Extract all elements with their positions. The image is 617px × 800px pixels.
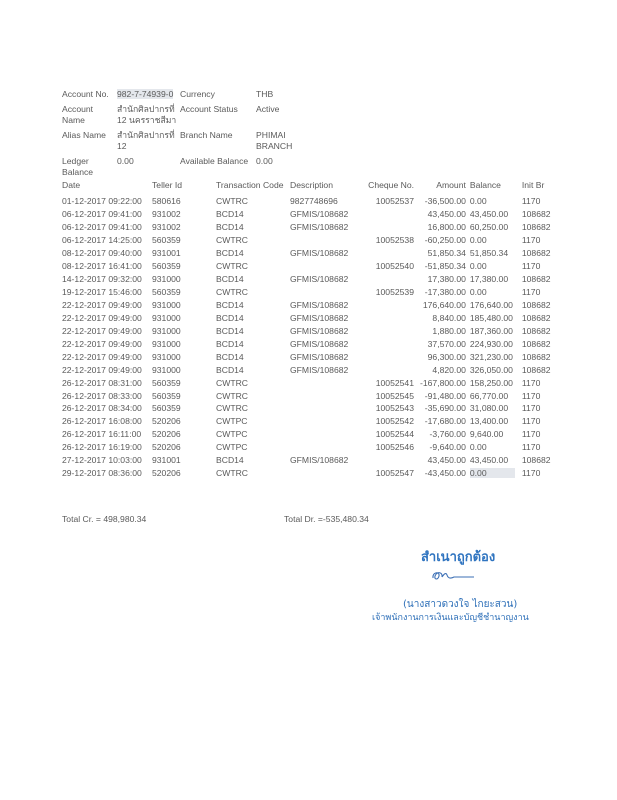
- cell-init-br: 108682: [520, 208, 560, 221]
- cell-teller-id: 931000: [150, 311, 214, 324]
- cell-date: 08-12-2017 09:40:00: [60, 247, 150, 260]
- cell-balance: 60,250.00: [468, 221, 520, 234]
- cell-description: GFMIS/108682: [288, 350, 358, 363]
- cell-cheque-no: [358, 324, 418, 337]
- cell-init-br: 108682: [520, 299, 560, 312]
- cell-transaction-code: BCD14: [214, 363, 288, 376]
- cell-amount: 8,840.00: [418, 311, 468, 324]
- table-row: 22-12-2017 09:49:00931000BCD14GFMIS/1086…: [60, 363, 560, 376]
- table-header-row: Date Teller Id Transaction Code Descript…: [60, 180, 560, 195]
- account-name-value: สำนักศิลปากรที่ 12 นครราชสีมา: [117, 104, 180, 127]
- cell-teller-id: 520206: [150, 428, 214, 441]
- cell-date: 22-12-2017 09:49:00: [60, 337, 150, 350]
- header-teller-id: Teller Id: [150, 180, 214, 195]
- cell-cheque-no: 10052544: [358, 428, 418, 441]
- cell-description: GFMIS/108682: [288, 337, 358, 350]
- cell-balance: 0.00: [468, 467, 520, 480]
- cell-teller-id: 560359: [150, 286, 214, 299]
- cell-teller-id: 931001: [150, 247, 214, 260]
- cell-date: 08-12-2017 16:41:00: [60, 260, 150, 273]
- cell-date: 27-12-2017 10:03:00: [60, 454, 150, 467]
- cell-cheque-no: [358, 350, 418, 363]
- cell-amount: -9,640.00: [418, 441, 468, 454]
- cell-date: 06-12-2017 09:41:00: [60, 221, 150, 234]
- cell-init-br: 108682: [520, 454, 560, 467]
- cell-transaction-code: BCD14: [214, 337, 288, 350]
- cell-description: [288, 467, 358, 480]
- cell-description: GFMIS/108682: [288, 299, 358, 312]
- cell-transaction-code: CWTPC: [214, 415, 288, 428]
- cell-balance: 43,450.00: [468, 208, 520, 221]
- highlighted-balance: 0.00: [470, 468, 515, 478]
- table-row: 22-12-2017 09:49:00931000BCD14GFMIS/1086…: [60, 350, 560, 363]
- cell-date: 26-12-2017 08:33:00: [60, 389, 150, 402]
- cell-teller-id: 931001: [150, 454, 214, 467]
- cell-amount: -167,800.00: [418, 376, 468, 389]
- cell-init-br: 108682: [520, 311, 560, 324]
- cell-amount: -17,680.00: [418, 415, 468, 428]
- cell-date: 19-12-2017 15:46:00: [60, 286, 150, 299]
- cell-transaction-code: BCD14: [214, 208, 288, 221]
- cell-init-br: 1170: [520, 389, 560, 402]
- cell-description: GFMIS/108682: [288, 221, 358, 234]
- info-row-balance: Ledger Balance 0.00 Available Balance 0.…: [62, 156, 306, 179]
- cell-date: 26-12-2017 08:34:00: [60, 402, 150, 415]
- signer-position: เจ้าพนักงานการเงินและบัญชีชำนาญงาน: [372, 610, 529, 624]
- cell-transaction-code: CWTPC: [214, 428, 288, 441]
- header-transaction-code: Transaction Code: [214, 180, 288, 195]
- cell-cheque-no: 10052538: [358, 234, 418, 247]
- branch-name-value: PHIMAI BRANCH: [256, 130, 306, 153]
- cell-balance: 31,080.00: [468, 402, 520, 415]
- cell-transaction-code: CWTRC: [214, 376, 288, 389]
- cell-teller-id: 931002: [150, 221, 214, 234]
- cell-teller-id: 931000: [150, 299, 214, 312]
- cell-cheque-no: [358, 247, 418, 260]
- cell-teller-id: 931002: [150, 208, 214, 221]
- cell-transaction-code: CWTRC: [214, 402, 288, 415]
- cell-init-br: 1170: [520, 286, 560, 299]
- cell-cheque-no: [358, 221, 418, 234]
- cell-init-br: 1170: [520, 467, 560, 480]
- cell-balance: 0.00: [468, 234, 520, 247]
- cell-teller-id: 520206: [150, 441, 214, 454]
- cell-description: [288, 260, 358, 273]
- cell-cheque-no: [358, 299, 418, 312]
- cell-init-br: 1170: [520, 376, 560, 389]
- cell-amount: 17,380.00: [418, 273, 468, 286]
- certified-copy-stamp: สำเนาถูกต้อง: [421, 546, 495, 567]
- cell-description: GFMIS/108682: [288, 324, 358, 337]
- cell-cheque-no: 10052539: [358, 286, 418, 299]
- cell-description: [288, 389, 358, 402]
- cell-amount: -91,480.00: [418, 389, 468, 402]
- available-balance-value: 0.00: [256, 156, 306, 179]
- table-row: 08-12-2017 09:40:00931001BCD14GFMIS/1086…: [60, 247, 560, 260]
- info-row-account-no: Account No. 982-7-74939-0 Currency THB: [62, 89, 306, 101]
- cell-balance: 326,050.00: [468, 363, 520, 376]
- cell-description: [288, 286, 358, 299]
- header-description: Description: [288, 180, 358, 195]
- cell-amount: 43,450.00: [418, 208, 468, 221]
- cell-description: GFMIS/108682: [288, 311, 358, 324]
- cell-init-br: 1170: [520, 234, 560, 247]
- table-row: 22-12-2017 09:49:00931000BCD14GFMIS/1086…: [60, 324, 560, 337]
- cell-cheque-no: [358, 337, 418, 350]
- cell-description: GFMIS/108682: [288, 363, 358, 376]
- transaction-rows: 01-12-2017 09:22:00580616CWTRC9827748696…: [60, 195, 560, 480]
- cell-transaction-code: CWTPC: [214, 441, 288, 454]
- table-row: 22-12-2017 09:49:00931000BCD14GFMIS/1086…: [60, 299, 560, 312]
- cell-description: GFMIS/108682: [288, 273, 358, 286]
- table-row: 08-12-2017 16:41:00560359CWTRC10052540-5…: [60, 260, 560, 273]
- table-row: 06-12-2017 09:41:00931002BCD14GFMIS/1086…: [60, 221, 560, 234]
- cell-amount: -17,380.00: [418, 286, 468, 299]
- header-balance: Balance: [468, 180, 520, 195]
- cell-transaction-code: BCD14: [214, 221, 288, 234]
- cell-description: GFMIS/108682: [288, 454, 358, 467]
- cell-cheque-no: 10052547: [358, 467, 418, 480]
- cell-cheque-no: [358, 454, 418, 467]
- cell-cheque-no: 10052541: [358, 376, 418, 389]
- cell-date: 26-12-2017 16:19:00: [60, 441, 150, 454]
- signature-icon: [430, 568, 476, 584]
- cell-balance: 13,400.00: [468, 415, 520, 428]
- cell-amount: 1,880.00: [418, 324, 468, 337]
- cell-amount: -51,850.34: [418, 260, 468, 273]
- cell-amount: -43,450.00: [418, 467, 468, 480]
- cell-init-br: 108682: [520, 324, 560, 337]
- cell-balance: 0.00: [468, 441, 520, 454]
- currency-value: THB: [256, 89, 306, 101]
- cell-cheque-no: [358, 208, 418, 221]
- cell-transaction-code: BCD14: [214, 273, 288, 286]
- cell-transaction-code: BCD14: [214, 350, 288, 363]
- cell-amount: -3,760.00: [418, 428, 468, 441]
- cell-amount: 43,450.00: [418, 454, 468, 467]
- cell-teller-id: 560359: [150, 389, 214, 402]
- cell-cheque-no: 10052542: [358, 415, 418, 428]
- cell-balance: 51,850.34: [468, 247, 520, 260]
- cell-amount: 96,300.00: [418, 350, 468, 363]
- cell-balance: 0.00: [468, 260, 520, 273]
- currency-label: Currency: [180, 89, 256, 101]
- cell-description: [288, 376, 358, 389]
- cell-teller-id: 560359: [150, 376, 214, 389]
- table-row: 26-12-2017 08:33:00560359CWTRC10052545-9…: [60, 389, 560, 402]
- cell-teller-id: 560359: [150, 260, 214, 273]
- table-row: 26-12-2017 16:19:00520206CWTPC10052546-9…: [60, 441, 560, 454]
- cell-teller-id: 520206: [150, 415, 214, 428]
- cell-transaction-code: CWTRC: [214, 260, 288, 273]
- cell-init-br: 1170: [520, 402, 560, 415]
- cell-balance: 176,640.00: [468, 299, 520, 312]
- table-row: 26-12-2017 16:11:00520206CWTPC10052544-3…: [60, 428, 560, 441]
- cell-date: 26-12-2017 08:31:00: [60, 376, 150, 389]
- cell-date: 01-12-2017 09:22:00: [60, 195, 150, 208]
- cell-date: 22-12-2017 09:49:00: [60, 299, 150, 312]
- cell-cheque-no: 10052546: [358, 441, 418, 454]
- cell-description: GFMIS/108682: [288, 247, 358, 260]
- cell-transaction-code: CWTRC: [214, 467, 288, 480]
- cell-cheque-no: 10052545: [358, 389, 418, 402]
- total-debit: Total Dr. =-535,480.34: [284, 514, 369, 524]
- cell-transaction-code: CWTRC: [214, 195, 288, 208]
- table-row: 26-12-2017 08:34:00560359CWTRC10052543-3…: [60, 402, 560, 415]
- cell-init-br: 108682: [520, 221, 560, 234]
- ledger-balance-label: Ledger Balance: [62, 156, 117, 179]
- cell-teller-id: 931000: [150, 337, 214, 350]
- account-info: Account No. 982-7-74939-0 Currency THB A…: [62, 89, 306, 182]
- cell-cheque-no: 10052540: [358, 260, 418, 273]
- cell-transaction-code: CWTRC: [214, 389, 288, 402]
- cell-date: 22-12-2017 09:49:00: [60, 324, 150, 337]
- cell-teller-id: 560359: [150, 234, 214, 247]
- cell-teller-id: 580616: [150, 195, 214, 208]
- cell-cheque-no: [358, 273, 418, 286]
- table-row: 14-12-2017 09:32:00931000BCD14GFMIS/1086…: [60, 273, 560, 286]
- cell-transaction-code: BCD14: [214, 454, 288, 467]
- header-init-br: Init Br: [520, 180, 560, 195]
- table-row: 27-12-2017 10:03:00931001BCD14GFMIS/1086…: [60, 454, 560, 467]
- alias-name-label: Alias Name: [62, 130, 117, 153]
- info-row-alias-name: Alias Name สำนักศิลปากรที่ 12 Branch Nam…: [62, 130, 306, 153]
- cell-init-br: 108682: [520, 273, 560, 286]
- cell-transaction-code: CWTRC: [214, 286, 288, 299]
- cell-teller-id: 931000: [150, 363, 214, 376]
- account-name-label: Account Name: [62, 104, 117, 127]
- cell-balance: 0.00: [468, 195, 520, 208]
- cell-cheque-no: 10052537: [358, 195, 418, 208]
- cell-balance: 43,450.00: [468, 454, 520, 467]
- cell-date: 22-12-2017 09:49:00: [60, 350, 150, 363]
- available-balance-label: Available Balance: [180, 156, 256, 179]
- cell-description: [288, 441, 358, 454]
- cell-balance: 0.00: [468, 286, 520, 299]
- cell-cheque-no: [358, 363, 418, 376]
- ledger-balance-value: 0.00: [117, 156, 180, 179]
- table-row: 06-12-2017 14:25:00560359CWTRC10052538-6…: [60, 234, 560, 247]
- cell-init-br: 1170: [520, 441, 560, 454]
- info-row-account-name: Account Name สำนักศิลปากรที่ 12 นครราชสี…: [62, 104, 306, 127]
- cell-date: 26-12-2017 16:11:00: [60, 428, 150, 441]
- table-row: 06-12-2017 09:41:00931002BCD14GFMIS/1086…: [60, 208, 560, 221]
- cell-amount: -60,250.00: [418, 234, 468, 247]
- cell-transaction-code: BCD14: [214, 311, 288, 324]
- transaction-table: Date Teller Id Transaction Code Descript…: [60, 180, 560, 480]
- cell-amount: -35,690.00: [418, 402, 468, 415]
- cell-init-br: 1170: [520, 415, 560, 428]
- cell-teller-id: 520206: [150, 467, 214, 480]
- cell-date: 29-12-2017 08:36:00: [60, 467, 150, 480]
- cell-teller-id: 931000: [150, 350, 214, 363]
- table-row: 01-12-2017 09:22:00580616CWTRC9827748696…: [60, 195, 560, 208]
- cell-transaction-code: CWTRC: [214, 234, 288, 247]
- header-cheque-no: Cheque No.: [358, 180, 418, 195]
- cell-amount: 51,850.34: [418, 247, 468, 260]
- account-status-label: Account Status: [180, 104, 256, 127]
- cell-init-br: 108682: [520, 247, 560, 260]
- cell-date: 14-12-2017 09:32:00: [60, 273, 150, 286]
- cell-amount: -36,500.00: [418, 195, 468, 208]
- account-no-label: Account No.: [62, 89, 117, 101]
- table-row: 19-12-2017 15:46:00560359CWTRC10052539-1…: [60, 286, 560, 299]
- header-amount: Amount: [418, 180, 468, 195]
- cell-teller-id: 931000: [150, 273, 214, 286]
- cell-balance: 158,250.00: [468, 376, 520, 389]
- cell-teller-id: 931000: [150, 324, 214, 337]
- cell-date: 06-12-2017 14:25:00: [60, 234, 150, 247]
- cell-description: [288, 415, 358, 428]
- cell-description: [288, 428, 358, 441]
- cell-balance: 321,230.00: [468, 350, 520, 363]
- table-row: 22-12-2017 09:49:00931000BCD14GFMIS/1086…: [60, 337, 560, 350]
- cell-date: 26-12-2017 16:08:00: [60, 415, 150, 428]
- cell-init-br: 108682: [520, 350, 560, 363]
- cell-balance: 66,770.00: [468, 389, 520, 402]
- cell-date: 06-12-2017 09:41:00: [60, 208, 150, 221]
- cell-init-br: 1170: [520, 428, 560, 441]
- cell-date: 22-12-2017 09:49:00: [60, 311, 150, 324]
- cell-init-br: 108682: [520, 337, 560, 350]
- cell-teller-id: 560359: [150, 402, 214, 415]
- cell-init-br: 1170: [520, 195, 560, 208]
- cell-date: 22-12-2017 09:49:00: [60, 363, 150, 376]
- cell-init-br: 108682: [520, 363, 560, 376]
- table-row: 26-12-2017 16:08:00520206CWTPC10052542-1…: [60, 415, 560, 428]
- cell-amount: 176,640.00: [418, 299, 468, 312]
- cell-balance: 17,380.00: [468, 273, 520, 286]
- cell-cheque-no: 10052543: [358, 402, 418, 415]
- cell-balance: 185,480.00: [468, 311, 520, 324]
- alias-name-value: สำนักศิลปากรที่ 12: [117, 130, 180, 153]
- table-row: 22-12-2017 09:49:00931000BCD14GFMIS/1086…: [60, 311, 560, 324]
- cell-transaction-code: BCD14: [214, 247, 288, 260]
- table-row: 26-12-2017 08:31:00560359CWTRC10052541-1…: [60, 376, 560, 389]
- table-row: 29-12-2017 08:36:00520206CWTRC10052547-4…: [60, 467, 560, 480]
- cell-cheque-no: [358, 311, 418, 324]
- cell-amount: 16,800.00: [418, 221, 468, 234]
- cell-transaction-code: BCD14: [214, 324, 288, 337]
- account-status-value: Active: [256, 104, 306, 127]
- cell-amount: 37,570.00: [418, 337, 468, 350]
- cell-balance: 9,640.00: [468, 428, 520, 441]
- cell-amount: 4,820.00: [418, 363, 468, 376]
- cell-description: 9827748696: [288, 195, 358, 208]
- cell-transaction-code: BCD14: [214, 299, 288, 312]
- cell-description: [288, 402, 358, 415]
- branch-name-label: Branch Name: [180, 130, 256, 153]
- cell-balance: 187,360.00: [468, 324, 520, 337]
- total-credit: Total Cr. = 498,980.34: [62, 514, 146, 524]
- cell-balance: 224,930.00: [468, 337, 520, 350]
- cell-description: [288, 234, 358, 247]
- cell-description: GFMIS/108682: [288, 208, 358, 221]
- header-date: Date: [60, 180, 150, 195]
- account-no-value: 982-7-74939-0: [117, 89, 173, 99]
- signature: [430, 568, 476, 587]
- cell-init-br: 1170: [520, 260, 560, 273]
